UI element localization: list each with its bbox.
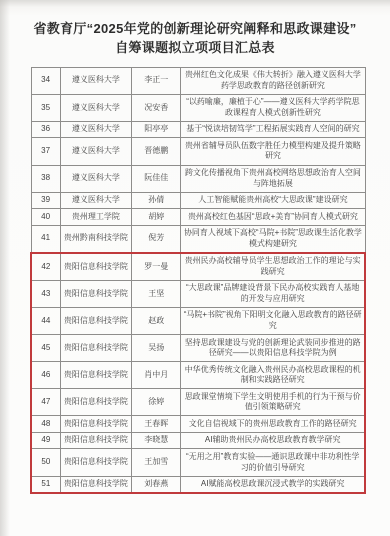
project-cell: 基于“悦读培韧笃学”工程拓展实践育人空间的研究 bbox=[181, 121, 365, 138]
name-cell: 晋德鹏 bbox=[132, 138, 181, 165]
table-row: 36 遵义医科大学 阳亭亭 基于“悦读培韧笃学”工程拓展实践育人空间的研究 bbox=[31, 121, 365, 138]
table-body-highlighted: 42 贵阳信息科技学院 罗一曼 贵州民办高校辅导员学生思想政治工作的理论与实践研… bbox=[31, 253, 365, 493]
page-title: 省教育厅“2025年党的创新理论研究阐释和思政课建设” 自筹课题拟立项项目汇总表 bbox=[0, 0, 390, 58]
table-row: 48 贵阳信息科技学院 王春晖 文化自信视域下的贵州思政教育工作的路径研究 bbox=[31, 416, 365, 433]
name-cell: 倪芳 bbox=[132, 225, 181, 253]
name-cell: 罗一曼 bbox=[132, 253, 181, 281]
institution-cell: 贵州黔南科技学院 bbox=[60, 225, 131, 253]
table-row: 34 遵义医科大学 李正一 贵州红色文化成果《伟大转折》融入遵义医科大学药学思政… bbox=[31, 67, 365, 94]
row-number-cell: 39 bbox=[31, 192, 60, 209]
table-row: 50 贵阳信息科技学院 王加雪 “无用之用”教育实验——通识思政课中非功利性学习… bbox=[31, 449, 365, 476]
project-cell: 中华优秀传统文化融入贵州民办高校思政课程的机制和实践路径研究 bbox=[181, 362, 365, 389]
institution-cell: 贵阳信息科技学院 bbox=[60, 307, 131, 334]
row-number-cell: 40 bbox=[31, 209, 60, 226]
institution-cell: 遵义医科大学 bbox=[60, 138, 131, 165]
name-cell: 王坚 bbox=[132, 280, 181, 307]
row-number-cell: 50 bbox=[31, 449, 60, 476]
row-number-cell: 36 bbox=[31, 121, 60, 138]
row-number-cell: 45 bbox=[31, 335, 60, 362]
name-cell: 赵政 bbox=[132, 307, 181, 334]
row-number-cell: 49 bbox=[31, 432, 60, 449]
row-number-cell: 34 bbox=[31, 67, 60, 94]
table-row: 45 贵阳信息科技学院 吴扬 坚持思政课建设与党的创新理论武装同步推进的路径研究… bbox=[31, 335, 365, 362]
project-cell: “大思政课”品牌建设背景下民办高校实践育人基地的开发与应用研究 bbox=[181, 280, 365, 307]
row-number-cell: 47 bbox=[31, 389, 60, 416]
name-cell: 王加雪 bbox=[132, 449, 181, 476]
institution-cell: 遵义医科大学 bbox=[60, 67, 131, 94]
name-cell: 肖中月 bbox=[132, 362, 181, 389]
project-cell: 坚持思政课建设与党的创新理论武装同步推进的路径研究——以贵阳信息科技学院为例 bbox=[181, 335, 365, 362]
row-number-cell: 48 bbox=[31, 416, 60, 433]
table-row: 35 遵义医科大学 况安香 “以药喻廉，廉植于心”——遵义医科大学药学院思政课程… bbox=[31, 94, 365, 121]
row-number-cell: 43 bbox=[31, 280, 60, 307]
project-cell: 贵州民办高校辅导员学生思想政治工作的理论与实践研究 bbox=[181, 253, 365, 281]
project-cell: 人工智能赋能贵州高校“大思政课”建设研究 bbox=[181, 192, 365, 209]
project-cell: AI赋能高校思政课沉浸式教学的实践研究 bbox=[181, 476, 365, 493]
name-cell: 徐婷 bbox=[132, 389, 181, 416]
name-cell: 阳亭亭 bbox=[132, 121, 181, 138]
row-number-cell: 41 bbox=[31, 225, 60, 253]
name-cell: 刘春燕 bbox=[132, 476, 181, 493]
institution-cell: 贵阳信息科技学院 bbox=[60, 449, 131, 476]
name-cell: 孙倩 bbox=[132, 192, 181, 209]
institution-cell: 贵阳信息科技学院 bbox=[60, 362, 131, 389]
row-number-cell: 51 bbox=[31, 476, 60, 493]
project-cell: 跨文化传播视角下贵州高校网络思想政治育人空间与阵地拓展 bbox=[181, 165, 365, 192]
institution-cell: 贵阳信息科技学院 bbox=[60, 432, 131, 449]
row-number-cell: 44 bbox=[31, 307, 60, 334]
project-cell: AI辅助贵州民办高校思政教育教学研究 bbox=[181, 432, 365, 449]
table-row: 42 贵阳信息科技学院 罗一曼 贵州民办高校辅导员学生思想政治工作的理论与实践研… bbox=[31, 253, 365, 281]
table-row: 49 贵阳信息科技学院 李晓慧 AI辅助贵州民办高校思政教育教学研究 bbox=[31, 432, 365, 449]
project-cell: 文化自信视域下的贵州思政教育工作的路径研究 bbox=[181, 416, 365, 433]
institution-cell: 遵义医科大学 bbox=[60, 165, 131, 192]
institution-cell: 贵阳信息科技学院 bbox=[60, 476, 131, 493]
table-row: 44 贵阳信息科技学院 赵政 “马院+书院”视角下阳明文化融入思政教育的路径研究 bbox=[31, 307, 365, 334]
project-cell: “无用之用”教育实验——通识思政课中非功利性学习的价值引导研究 bbox=[181, 449, 365, 476]
row-number-cell: 38 bbox=[31, 165, 60, 192]
name-cell: 况安香 bbox=[132, 94, 181, 121]
table-row: 40 贵州理工学院 胡婷 贵州高校红色基因“思政+美育”协同育人模式研究 bbox=[31, 209, 365, 226]
institution-cell: 贵阳信息科技学院 bbox=[60, 335, 131, 362]
table-row: 41 贵州黔南科技学院 倪芳 协同育人视域下高校“马院+书院”思政课生活化教学模… bbox=[31, 225, 365, 253]
document-page: 省教育厅“2025年党的创新理论研究阐释和思政课建设” 自筹课题拟立项项目汇总表… bbox=[0, 0, 390, 536]
row-number-cell: 37 bbox=[31, 138, 60, 165]
table-row: 37 遵义医科大学 晋德鹏 贵州省辅导员队伍数字胜任力模型构建及提升策略研究 bbox=[31, 138, 365, 165]
table-row: 51 贵阳信息科技学院 刘春燕 AI赋能高校思政课沉浸式教学的实践研究 bbox=[31, 476, 365, 493]
doc-title-line2: 自筹课题拟立项项目汇总表 bbox=[0, 39, 390, 58]
table-row: 46 贵阳信息科技学院 肖中月 中华优秀传统文化融入贵州民办高校思政课程的机制和… bbox=[31, 362, 365, 389]
row-number-cell: 46 bbox=[31, 362, 60, 389]
row-number-cell: 35 bbox=[31, 94, 60, 121]
table-body-normal: 34 遵义医科大学 李正一 贵州红色文化成果《伟大转折》融入遵义医科大学药学思政… bbox=[31, 67, 365, 253]
name-cell: 李晓慧 bbox=[132, 432, 181, 449]
project-cell: 贵州红色文化成果《伟大转折》融入遵义医科大学药学思政教育的路径创新研究 bbox=[181, 67, 365, 94]
institution-cell: 贵阳信息科技学院 bbox=[60, 389, 131, 416]
project-cell: 贵州省辅导员队伍数字胜任力模型构建及提升策略研究 bbox=[181, 138, 365, 165]
name-cell: 胡婷 bbox=[132, 209, 181, 226]
institution-cell: 遵义医科大学 bbox=[60, 192, 131, 209]
institution-cell: 贵州理工学院 bbox=[60, 209, 131, 226]
project-cell: 思政课堂情境下学生文明使用手机的行为干预与价值引领策略研究 bbox=[181, 389, 365, 416]
project-table: 34 遵义医科大学 李正一 贵州红色文化成果《伟大转折》融入遵义医科大学药学思政… bbox=[30, 67, 366, 494]
name-cell: 李正一 bbox=[132, 67, 181, 94]
name-cell: 王春晖 bbox=[132, 416, 181, 433]
doc-title-line1: 省教育厅“2025年党的创新理论研究阐释和思政课建设” bbox=[0, 20, 390, 39]
institution-cell: 遵义医科大学 bbox=[60, 94, 131, 121]
name-cell: 阮佳佳 bbox=[132, 165, 181, 192]
project-cell: “马院+书院”视角下阳明文化融入思政教育的路径研究 bbox=[181, 307, 365, 334]
project-cell: 协同育人视域下高校“马院+书院”思政课生活化教学模式构建研究 bbox=[181, 225, 365, 253]
name-cell: 吴扬 bbox=[132, 335, 181, 362]
table-row: 43 贵阳信息科技学院 王坚 “大思政课”品牌建设背景下民办高校实践育人基地的开… bbox=[31, 280, 365, 307]
institution-cell: 贵阳信息科技学院 bbox=[60, 416, 131, 433]
project-cell: “以药喻廉，廉植于心”——遵义医科大学药学院思政课程育人模式创新性研究 bbox=[181, 94, 365, 121]
institution-cell: 遵义医科大学 bbox=[60, 121, 131, 138]
table-row: 39 遵义医科大学 孙倩 人工智能赋能贵州高校“大思政课”建设研究 bbox=[31, 192, 365, 209]
table-row: 47 贵阳信息科技学院 徐婷 思政课堂情境下学生文明使用手机的行为干预与价值引领… bbox=[31, 389, 365, 416]
institution-cell: 贵阳信息科技学院 bbox=[60, 253, 131, 281]
institution-cell: 贵阳信息科技学院 bbox=[60, 280, 131, 307]
row-number-cell: 42 bbox=[31, 253, 60, 281]
project-cell: 贵州高校红色基因“思政+美育”协同育人模式研究 bbox=[181, 209, 365, 226]
table-row: 38 遵义医科大学 阮佳佳 跨文化传播视角下贵州高校网络思想政治育人空间与阵地拓… bbox=[31, 165, 365, 192]
